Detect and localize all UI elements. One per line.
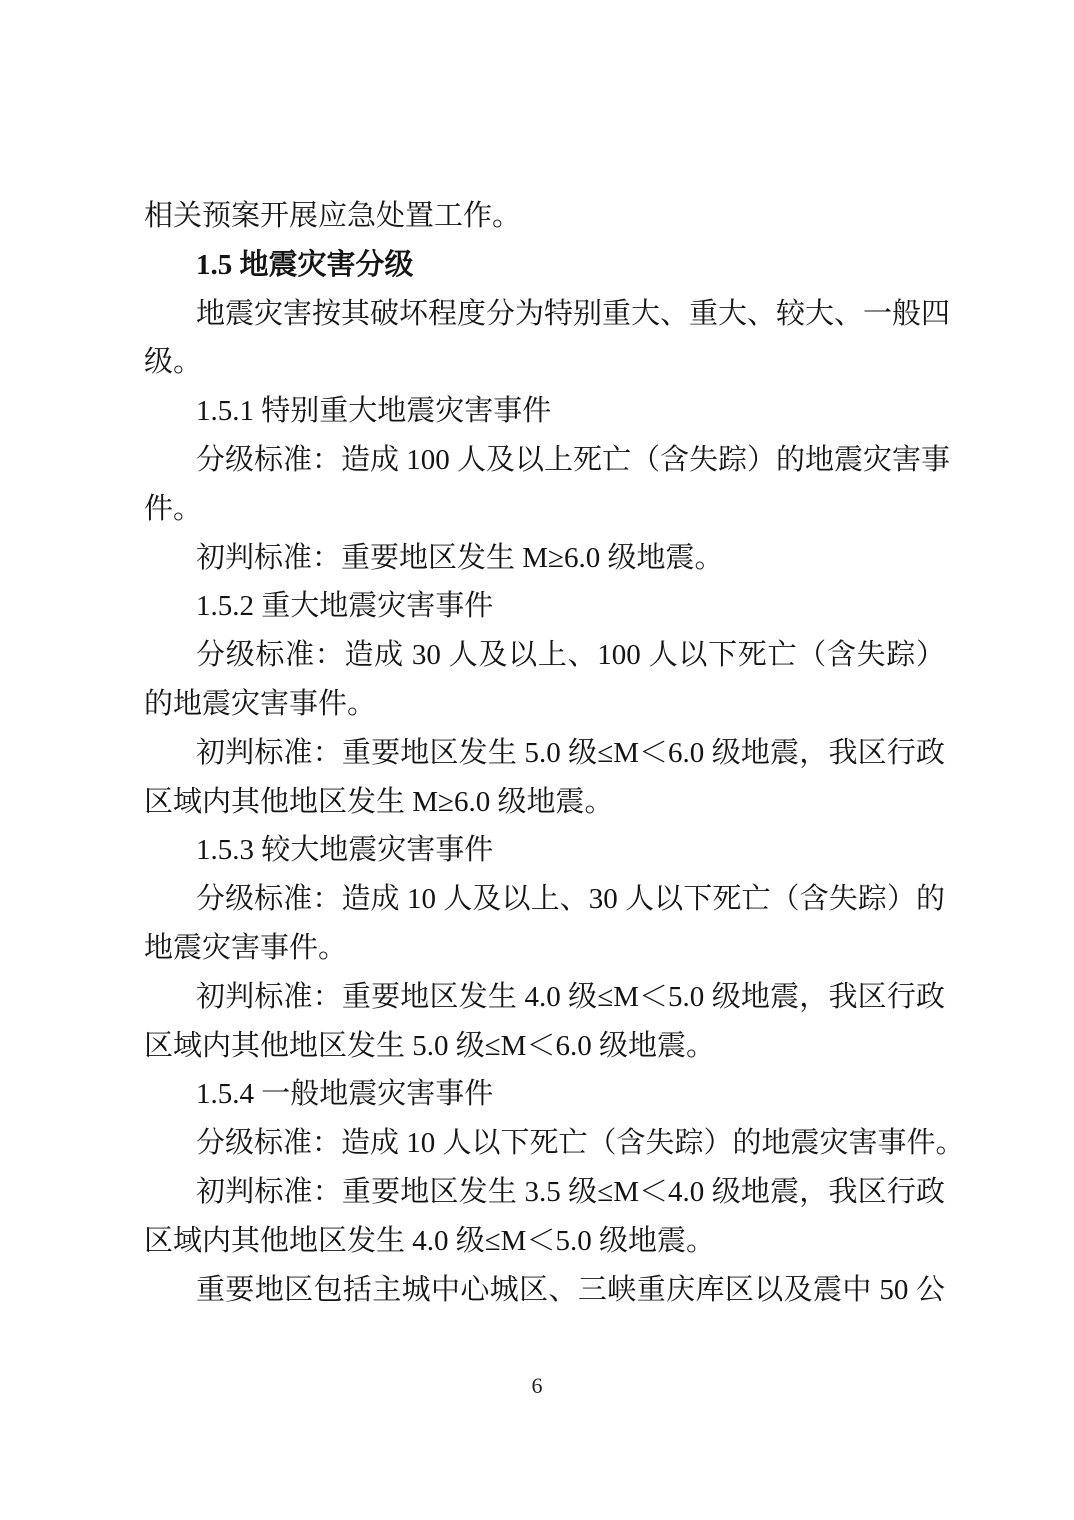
para-1-5-1-initial: 初判标准：重要地区发生 M≥6.0 级地震。 [144,534,945,583]
heading-1-5-2: 1.5.2 重大地震灾害事件 [144,582,945,631]
para-1-5-3-grading: 分级标准：造成 10 人及以上、30 人以下死亡（含失踪）的地震灾害事件。 [144,875,945,973]
text-line: 初判标准：重要地区发生 M≥6.0 级地震。 [144,534,945,583]
text-line: 件。 [144,485,945,534]
heading-1-5-3: 1.5.3 较大地震灾害事件 [144,826,945,875]
para-1-5-3-initial: 初判标准：重要地区发生 4.0 级≤M＜5.0 级地震，我区行政区域内其他地区发… [144,973,945,1071]
para-continuation: 相关预案开展应急处置工作。 [144,192,945,241]
text-line: 的地震灾害事件。 [144,680,945,729]
text-line: 分级标准：造成 10 人以下死亡（含失踪）的地震灾害事件。 [144,1119,945,1168]
text-line: 1.5.2 重大地震灾害事件 [144,582,945,631]
document-page: 相关预案开展应急处置工作。1.5 地震灾害分级地震灾害按其破坏程度分为特别重大、… [0,0,1074,1520]
text-line: 1.5.3 较大地震灾害事件 [144,826,945,875]
text-line: 级。 [144,338,945,387]
text-line: 分级标准：造成 10 人及以上、30 人以下死亡（含失踪）的 [144,875,945,924]
para-overview: 地震灾害按其破坏程度分为特别重大、重大、较大、一般四级。 [144,290,945,388]
para-important-areas: 重要地区包括主城中心城区、三峡重庆库区以及震中 50 公 [144,1266,945,1315]
text-line: 初判标准：重要地区发生 4.0 级≤M＜5.0 级地震，我区行政 [144,973,945,1022]
page-number: 6 [0,1372,1074,1400]
text-line: 地震灾害按其破坏程度分为特别重大、重大、较大、一般四 [144,290,945,339]
text-line: 分级标准：造成 30 人及以上、100 人以下死亡（含失踪） [144,631,945,680]
para-1-5-2-grading: 分级标准：造成 30 人及以上、100 人以下死亡（含失踪）的地震灾害事件。 [144,631,945,729]
text-line: 区域内其他地区发生 4.0 级≤M＜5.0 级地震。 [144,1217,945,1266]
document-content: 相关预案开展应急处置工作。1.5 地震灾害分级地震灾害按其破坏程度分为特别重大、… [144,192,945,1314]
heading-1-5-4: 1.5.4 一般地震灾害事件 [144,1070,945,1119]
text-line: 1.5 地震灾害分级 [144,241,945,290]
text-line: 1.5.4 一般地震灾害事件 [144,1070,945,1119]
text-line: 重要地区包括主城中心城区、三峡重庆库区以及震中 50 公 [144,1266,945,1315]
heading-1-5-1: 1.5.1 特别重大地震灾害事件 [144,387,945,436]
text-line: 初判标准：重要地区发生 3.5 级≤M＜4.0 级地震，我区行政 [144,1168,945,1217]
para-1-5-4-grading: 分级标准：造成 10 人以下死亡（含失踪）的地震灾害事件。 [144,1119,945,1168]
para-1-5-2-initial: 初判标准：重要地区发生 5.0 级≤M＜6.0 级地震，我区行政区域内其他地区发… [144,729,945,827]
text-line: 区域内其他地区发生 5.0 级≤M＜6.0 级地震。 [144,1022,945,1071]
para-1-5-1-grading: 分级标准：造成 100 人及以上死亡（含失踪）的地震灾害事件。 [144,436,945,534]
heading-1-5: 1.5 地震灾害分级 [144,241,945,290]
text-line: 地震灾害事件。 [144,924,945,973]
text-line: 1.5.1 特别重大地震灾害事件 [144,387,945,436]
text-line: 初判标准：重要地区发生 5.0 级≤M＜6.0 级地震，我区行政 [144,729,945,778]
text-line: 区域内其他地区发生 M≥6.0 级地震。 [144,778,945,827]
text-line: 分级标准：造成 100 人及以上死亡（含失踪）的地震灾害事 [144,436,945,485]
text-line: 相关预案开展应急处置工作。 [144,192,945,241]
para-1-5-4-initial: 初判标准：重要地区发生 3.5 级≤M＜4.0 级地震，我区行政区域内其他地区发… [144,1168,945,1266]
